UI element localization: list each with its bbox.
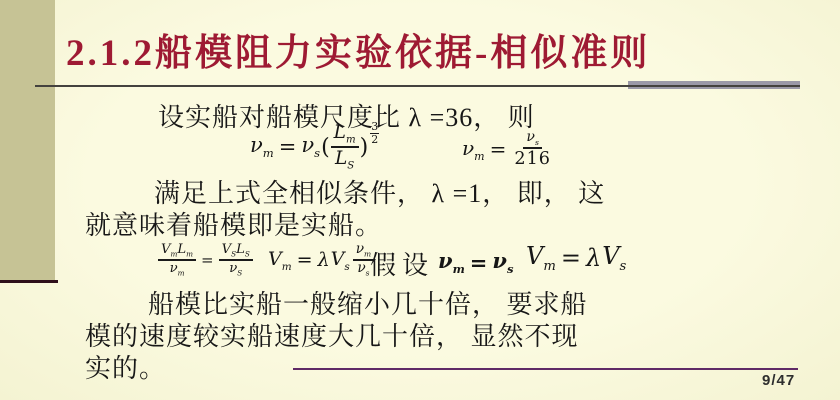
fraction-numerator: Lm: [331, 122, 359, 148]
math-var: ν: [250, 133, 263, 157]
assume-label: 假设: [370, 245, 434, 282]
math-var: L: [335, 148, 347, 169]
lambda-symbol: λ: [586, 244, 601, 272]
exponent-fraction: 3 2: [370, 121, 379, 145]
sidebar-underline: [0, 280, 58, 283]
math-sub: S: [237, 269, 242, 278]
math-var: L: [177, 242, 186, 257]
exponent-denominator: 2: [371, 134, 378, 146]
title-underline: [35, 85, 800, 87]
fraction-numerator: VSLS: [219, 242, 253, 261]
math-term: Vs: [331, 248, 350, 273]
math-term: Vs: [602, 242, 626, 274]
math-term: νs: [492, 248, 513, 276]
math-var: L: [236, 242, 245, 257]
math-sub: m: [186, 250, 193, 259]
equals-sign: =: [297, 249, 313, 271]
math-sub: m: [263, 147, 274, 161]
math-sub: s: [535, 137, 539, 146]
math-sub: S: [245, 250, 250, 259]
lambda-symbol: λ: [318, 249, 330, 271]
equals-sign: =: [201, 251, 214, 269]
math-var: ν: [492, 248, 507, 273]
slide-title: 2.1.2船模阻力实验依据-相似准则: [66, 22, 650, 76]
math-var: ν: [526, 129, 535, 145]
math-var: V: [268, 248, 282, 270]
formula-viscosity-scaling: νm = νs ( Lm LS ) 3 2: [250, 124, 379, 170]
fraction-numerator: νs: [523, 129, 542, 150]
math-var: V: [602, 242, 619, 270]
page-number: 9/47: [762, 372, 795, 389]
formula-nu-216: νm = νs 216: [462, 128, 554, 170]
math-sub: m: [282, 260, 292, 272]
math-sub: s: [314, 147, 320, 161]
formula-reynolds-equality: VmLm νm = VSLS νS: [158, 237, 253, 283]
math-sub: s: [344, 260, 349, 272]
fraction-numerator: VmLm: [158, 242, 196, 261]
math-sub: s: [366, 269, 370, 278]
math-sub: m: [543, 259, 556, 274]
fraction-denominator: νS: [226, 261, 245, 278]
open-paren: (: [321, 135, 330, 160]
equals-sign: =: [490, 137, 507, 161]
exponent-numerator: 3: [370, 121, 379, 134]
close-paren: ): [360, 135, 369, 160]
math-sub: S: [347, 161, 354, 172]
sidebar-strip: [0, 0, 55, 281]
math-term: νm: [462, 136, 485, 163]
fraction-denominator: 216: [511, 149, 554, 169]
math-var: V: [161, 242, 171, 257]
fraction: VSLS νS: [219, 242, 253, 278]
paragraph-conclusion-line3: 实的。: [85, 348, 166, 385]
math-sub: m: [474, 150, 484, 163]
equals-sign: =: [561, 244, 581, 272]
equals-sign: =: [470, 250, 488, 275]
fraction: VmLm νm: [158, 242, 196, 278]
presentation-slide: 2.1.2船模阻力实验依据-相似准则 设实船对船模尺度比 λ =36， 则 νm…: [0, 0, 840, 400]
math-var: ν: [356, 241, 364, 257]
math-term: Vm: [268, 248, 292, 273]
math-var: V: [526, 242, 543, 270]
math-sub: m: [453, 262, 465, 276]
math-var: L: [334, 122, 346, 143]
math-sub: s: [507, 262, 514, 276]
math-term: νm: [250, 133, 274, 160]
fraction: νs 216: [511, 129, 554, 170]
math-var: V: [331, 248, 345, 270]
math-sub: m: [178, 269, 185, 278]
math-var: ν: [170, 261, 178, 276]
fraction-denominator: νm: [167, 261, 188, 278]
fraction-denominator: LS: [332, 148, 357, 172]
math-term: νs: [301, 133, 320, 160]
math-var: ν: [462, 136, 474, 160]
math-term: Vm: [526, 242, 556, 274]
math-sub: s: [620, 259, 627, 274]
footer-line: [293, 368, 798, 370]
equals-sign: =: [279, 135, 297, 159]
math-var: ν: [301, 133, 314, 157]
fraction: Lm LS: [331, 122, 359, 173]
formula-vm-lambda-vs: Vm = λ Vs: [526, 242, 626, 274]
math-sub: m: [346, 134, 356, 145]
math-var: ν: [438, 248, 453, 273]
math-var: ν: [357, 260, 365, 276]
formula-nu-equal: νm = νs: [438, 248, 514, 276]
math-term: νm: [438, 248, 465, 276]
formula-speed-ratio: Vm = λ Vs νm νs: [268, 240, 374, 280]
math-var: V: [222, 242, 232, 257]
